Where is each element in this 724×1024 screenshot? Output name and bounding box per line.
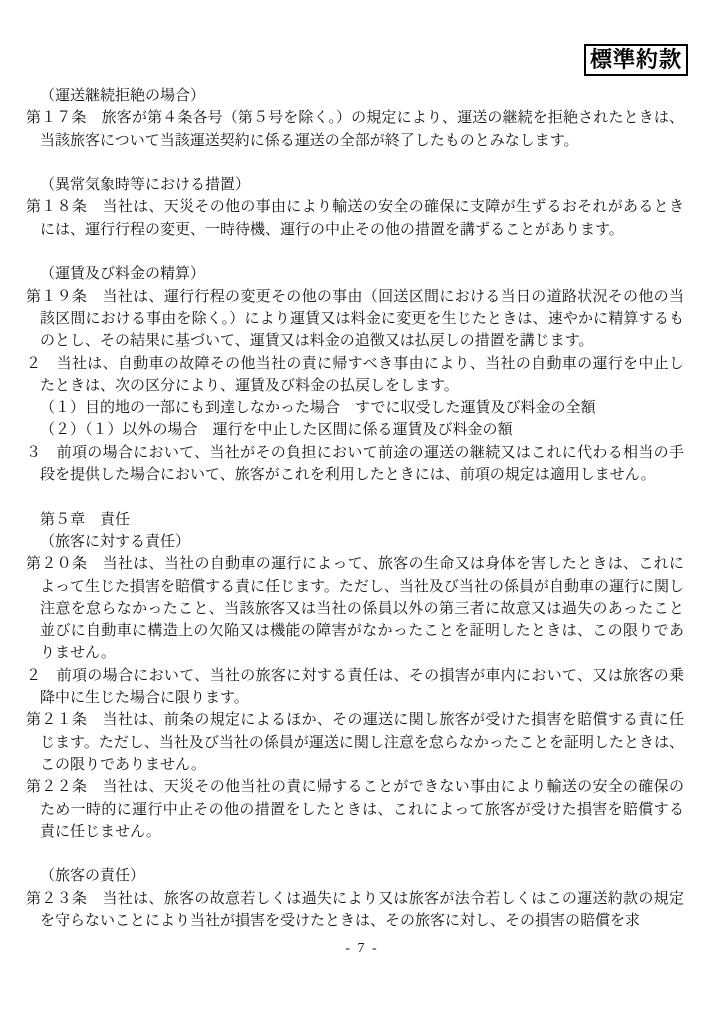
- article-20-paragraph-2: ２ 前項の場合において、当社の旅客に対する責任は、その損害が車内において、又は旅…: [40, 665, 684, 710]
- article-23-paragraph: 第２３条 当社は、旅客の故意若しくは過失により又は旅客が法令若しくはこの運送約款…: [40, 888, 684, 933]
- article-17-paragraph: 第１７条 旅客が第４条各号（第５号を除く。）の規定により、運送の継続を拒絶された…: [40, 107, 684, 152]
- section-heading: （異常気象時等における措置）: [40, 174, 684, 196]
- article-22-paragraph: 第２２条 当社は、天災その他当社の責に帰することができない事由により輸送の安全の…: [40, 776, 684, 843]
- article-18-paragraph: 第１８条 当社は、天災その他の事由により輸送の安全の確保に支障が生ずるおそれがあ…: [40, 196, 684, 241]
- article-20-paragraph-1: 第２０条 当社は、当社の自動車の運行によって、旅客の生命又は身体を害したときは、…: [40, 553, 684, 664]
- article-19-paragraph-3: ３ 前項の場合において、当社がその負担において前途の運送の継続又はこれに代わる相…: [40, 442, 684, 487]
- blank-line: [40, 241, 684, 263]
- section-heading: （旅客の責任）: [40, 865, 684, 887]
- blank-line: [40, 486, 684, 508]
- page-number: - 7 -: [0, 941, 724, 957]
- section-heading: （旅客に対する責任）: [40, 531, 684, 553]
- article-19-paragraph-1: 第１９条 当社は、運行行程の変更その他の事由（回送区間における当日の道路状況その…: [40, 286, 684, 353]
- article-21-paragraph: 第２１条 当社は、前条の規定によるほか、その運送に関し旅客が受けた損害を賠償する…: [40, 709, 684, 776]
- blank-line: [40, 152, 684, 174]
- document-body: （運送継続拒絶の場合） 第１７条 旅客が第４条各号（第５号を除く。）の規定により…: [40, 85, 684, 932]
- document-title-badge: 標準約款: [584, 44, 688, 76]
- list-item-2: （２）（１）以外の場合 運行を中止した区間に係る運賃及び料金の額: [40, 419, 684, 441]
- chapter-heading: 第５章 責任: [40, 509, 684, 531]
- section-heading: （運賃及び料金の精算）: [40, 263, 684, 285]
- section-heading: （運送継続拒絶の場合）: [40, 85, 684, 107]
- article-19-paragraph-2: ２ 当社は、自動車の故障その他当社の責に帰すべき事由により、当社の自動車の運行を…: [40, 353, 684, 398]
- blank-line: [40, 843, 684, 865]
- list-item-1: （１）目的地の一部にも到達しなかった場合 すでに収受した運賃及び料金の全額: [40, 397, 684, 419]
